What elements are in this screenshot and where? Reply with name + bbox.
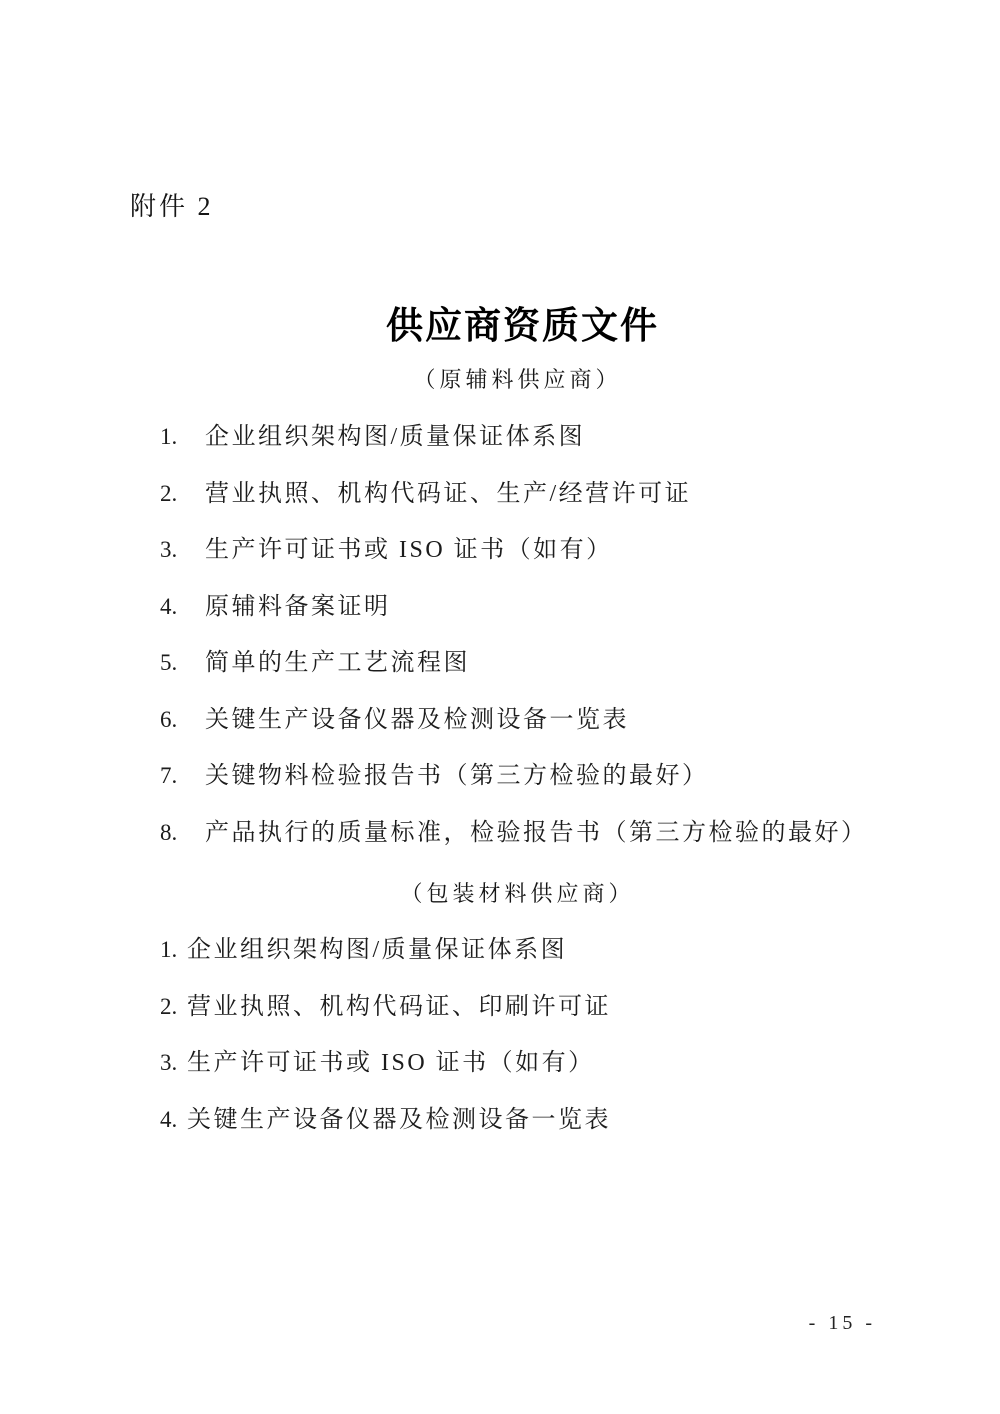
item-text: 生产许可证书或 ISO 证书（如有）: [205, 537, 613, 563]
item-number: 1.: [160, 422, 205, 452]
list-item: 2.营业执照、机构代码证、印刷许可证: [160, 992, 940, 1049]
item-number: 4.: [160, 592, 205, 622]
list-item: 8.产品执行的质量标准，检验报告书（第三方检验的最好）: [160, 818, 940, 875]
list-item: 1.企业组织架构图/质量保证体系图: [160, 935, 940, 992]
subtitle-raw-materials-supplier: （原辅料供应商）: [35, 363, 1000, 394]
item-text: 关键生产设备仪器及检测设备一览表: [205, 707, 629, 733]
list-item: 4.关键生产设备仪器及检测设备一览表: [160, 1105, 940, 1162]
subtitle-packaging-materials-supplier: （包装材料供应商）: [35, 877, 1000, 908]
item-text: 原辅料备案证明: [205, 594, 391, 620]
item-number: 6.: [160, 705, 205, 735]
item-number: 2.: [160, 992, 187, 1022]
document-page: 附件 2 供应商资质文件 （原辅料供应商） 1.企业组织架构图/质量保证体系图 …: [0, 0, 1000, 1414]
list-item: 6.关键生产设备仪器及检测设备一览表: [160, 705, 940, 762]
list-item: 3.生产许可证书或 ISO 证书（如有）: [160, 535, 940, 592]
item-number: 5.: [160, 648, 205, 678]
list-item: 5.简单的生产工艺流程图: [160, 648, 940, 705]
item-number: 2.: [160, 479, 205, 509]
item-text: 关键物料检验报告书（第三方检验的最好）: [205, 763, 709, 789]
item-number: 8.: [160, 818, 205, 848]
packaging-materials-list: 1.企业组织架构图/质量保证体系图 2.营业执照、机构代码证、印刷许可证 3.生…: [160, 935, 940, 1161]
item-number: 4.: [160, 1105, 187, 1135]
item-text: 企业组织架构图/质量保证体系图: [205, 424, 585, 450]
attachment-label: 附件 2: [130, 186, 214, 223]
item-number: 1.: [160, 935, 187, 965]
list-item: 4.原辅料备案证明: [160, 592, 940, 649]
list-item: 1.企业组织架构图/质量保证体系图: [160, 422, 940, 479]
item-text: 营业执照、机构代码证、生产/经营许可证: [205, 481, 691, 507]
item-number: 7.: [160, 761, 205, 791]
list-item: 2.营业执照、机构代码证、生产/经营许可证: [160, 479, 940, 536]
raw-materials-list: 1.企业组织架构图/质量保证体系图 2.营业执照、机构代码证、生产/经营许可证 …: [160, 422, 940, 874]
item-text: 关键生产设备仪器及检测设备一览表: [187, 1107, 611, 1133]
item-text: 生产许可证书或 ISO 证书（如有）: [187, 1050, 595, 1076]
item-text: 产品执行的质量标准，检验报告书（第三方检验的最好）: [205, 820, 868, 846]
page-number: - 15 -: [809, 1312, 876, 1335]
item-text: 简单的生产工艺流程图: [205, 650, 470, 676]
list-item: 7.关键物料检验报告书（第三方检验的最好）: [160, 761, 940, 818]
item-number: 3.: [160, 535, 205, 565]
document-title: 供应商资质文件: [45, 295, 1000, 349]
item-text: 营业执照、机构代码证、印刷许可证: [187, 994, 611, 1020]
item-number: 3.: [160, 1048, 187, 1078]
list-item: 3.生产许可证书或 ISO 证书（如有）: [160, 1048, 940, 1105]
item-text: 企业组织架构图/质量保证体系图: [187, 937, 567, 963]
